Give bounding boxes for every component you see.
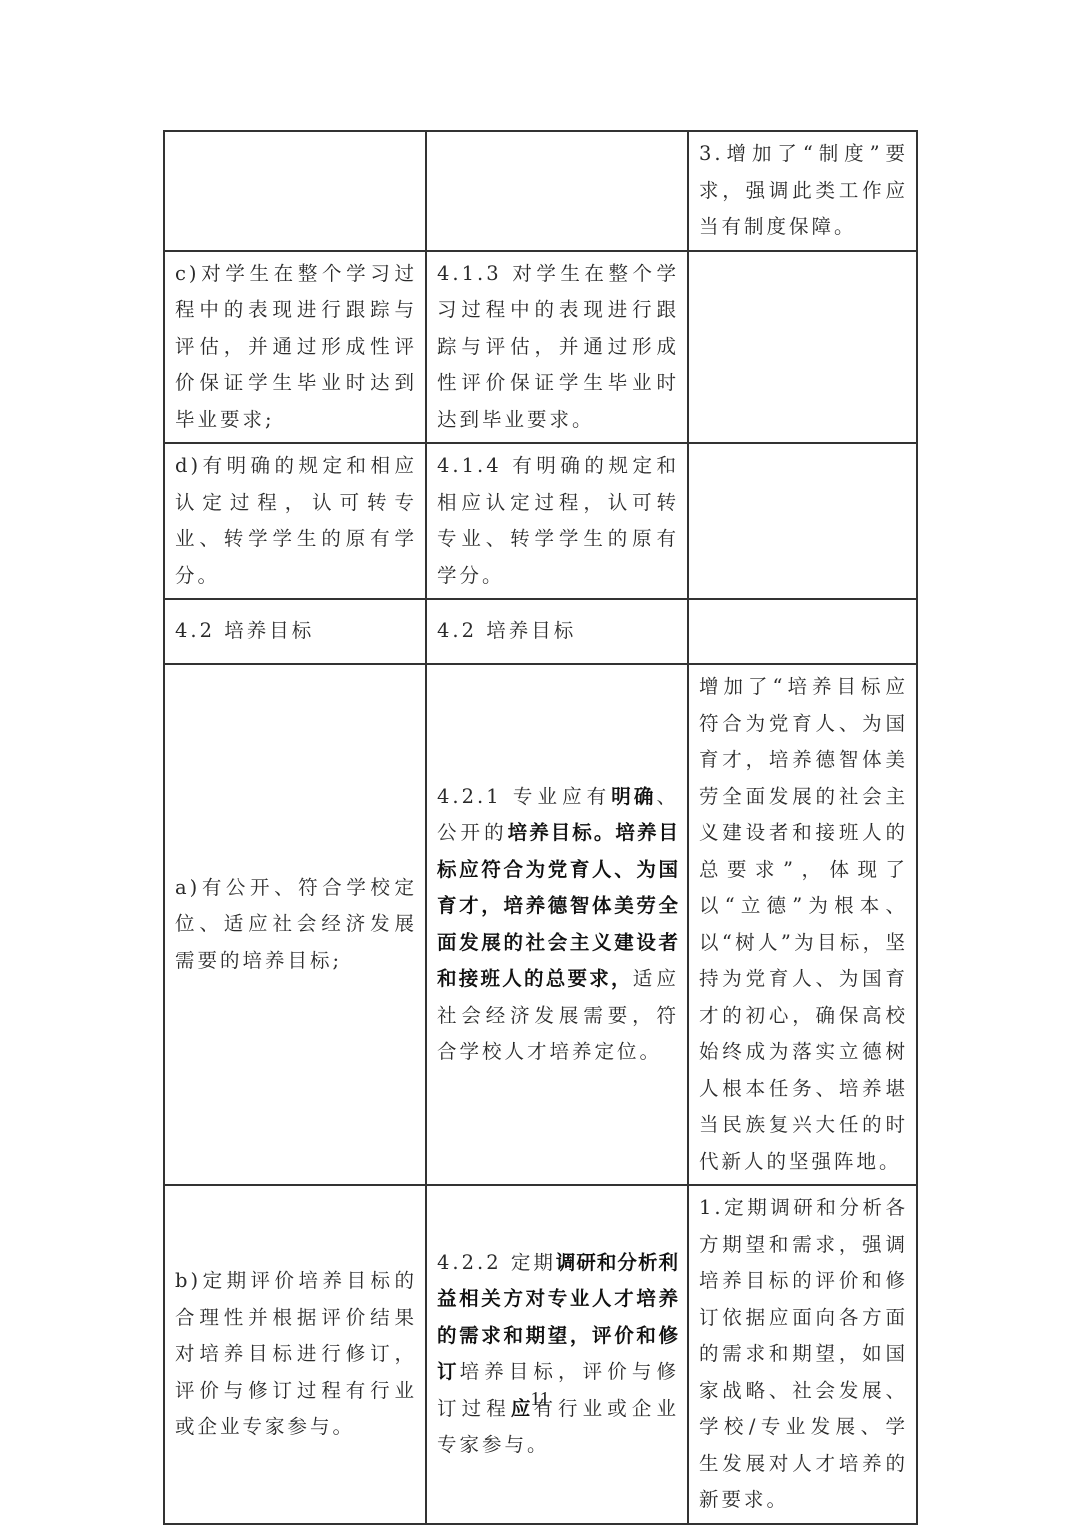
table-row: d)有明确的规定和相应认定过程，认可转专业、转学学生的原有学分。 4.1.4 有…	[164, 443, 917, 599]
table-row: c)对学生在整个学习过程中的表现进行跟踪与评估，并通过形成性评价保证学生毕业时达…	[164, 251, 917, 444]
highlighted-text-segment: 明确	[611, 785, 656, 808]
old-standard-cell: c)对学生在整个学习过程中的表现进行跟踪与评估，并通过形成性评价保证学生毕业时达…	[164, 251, 426, 444]
document-page: 3.增加了“制度”要求，强调此类工作应当有制度保障。 c)对学生在整个学习过程中…	[0, 0, 1080, 1526]
text-segment: 4.2.2 定期	[437, 1251, 556, 1274]
table-row-section-heading: 4.2 培养目标 4.2 培养目标	[164, 599, 917, 664]
page-number: 11	[0, 1388, 1080, 1411]
new-section-heading: 4.2 培养目标	[426, 599, 688, 664]
old-standard-cell	[164, 131, 426, 251]
text-segment: 4.2.1 专业应有	[437, 785, 611, 808]
old-section-heading: 4.2 培养目标	[164, 599, 426, 664]
new-standard-cell: 4.1.4 有明确的规定和相应认定过程，认可转专业、转学学生的原有学分。	[426, 443, 688, 599]
notes-cell	[688, 599, 917, 664]
new-standard-cell: 4.2.2 定期调研和分析利益相关方对专业人才培养的需求和期望，评价和修订培养目…	[426, 1185, 688, 1524]
table-row: 3.增加了“制度”要求，强调此类工作应当有制度保障。	[164, 131, 917, 251]
notes-cell: 1.定期调研和分析各方期望和需求，强调培养目标的评价和修订依据应面向各方面的需求…	[688, 1185, 917, 1524]
highlighted-text-segment: 培养目标。培养目标应符合为党育人、为国育才，培养德智体美劳全面发展的社会主义建设…	[437, 821, 679, 990]
notes-cell: 3.增加了“制度”要求，强调此类工作应当有制度保障。	[688, 131, 917, 251]
old-standard-cell: a)有公开、符合学校定位、适应社会经济发展需要的培养目标;	[164, 664, 426, 1185]
new-standard-cell	[426, 131, 688, 251]
notes-cell	[688, 443, 917, 599]
new-standard-cell: 4.2.1 专业应有明确、公开的培养目标。培养目标应符合为党育人、为国育才，培养…	[426, 664, 688, 1185]
new-standard-cell: 4.1.3 对学生在整个学习过程中的表现进行跟踪与评估，并通过形成性评价保证学生…	[426, 251, 688, 444]
table-row: b)定期评价培养目标的合理性并根据评价结果对培养目标进行修订，评价与修订过程有行…	[164, 1185, 917, 1524]
standards-comparison-table: 3.增加了“制度”要求，强调此类工作应当有制度保障。 c)对学生在整个学习过程中…	[163, 130, 918, 1525]
old-standard-cell: b)定期评价培养目标的合理性并根据评价结果对培养目标进行修订，评价与修订过程有行…	[164, 1185, 426, 1524]
table-row: a)有公开、符合学校定位、适应社会经济发展需要的培养目标; 4.2.1 专业应有…	[164, 664, 917, 1185]
notes-cell	[688, 251, 917, 444]
old-standard-cell: d)有明确的规定和相应认定过程，认可转专业、转学学生的原有学分。	[164, 443, 426, 599]
notes-cell: 增加了“培养目标应符合为党育人、为国育才，培养德智体美劳全面发展的社会主义建设者…	[688, 664, 917, 1185]
